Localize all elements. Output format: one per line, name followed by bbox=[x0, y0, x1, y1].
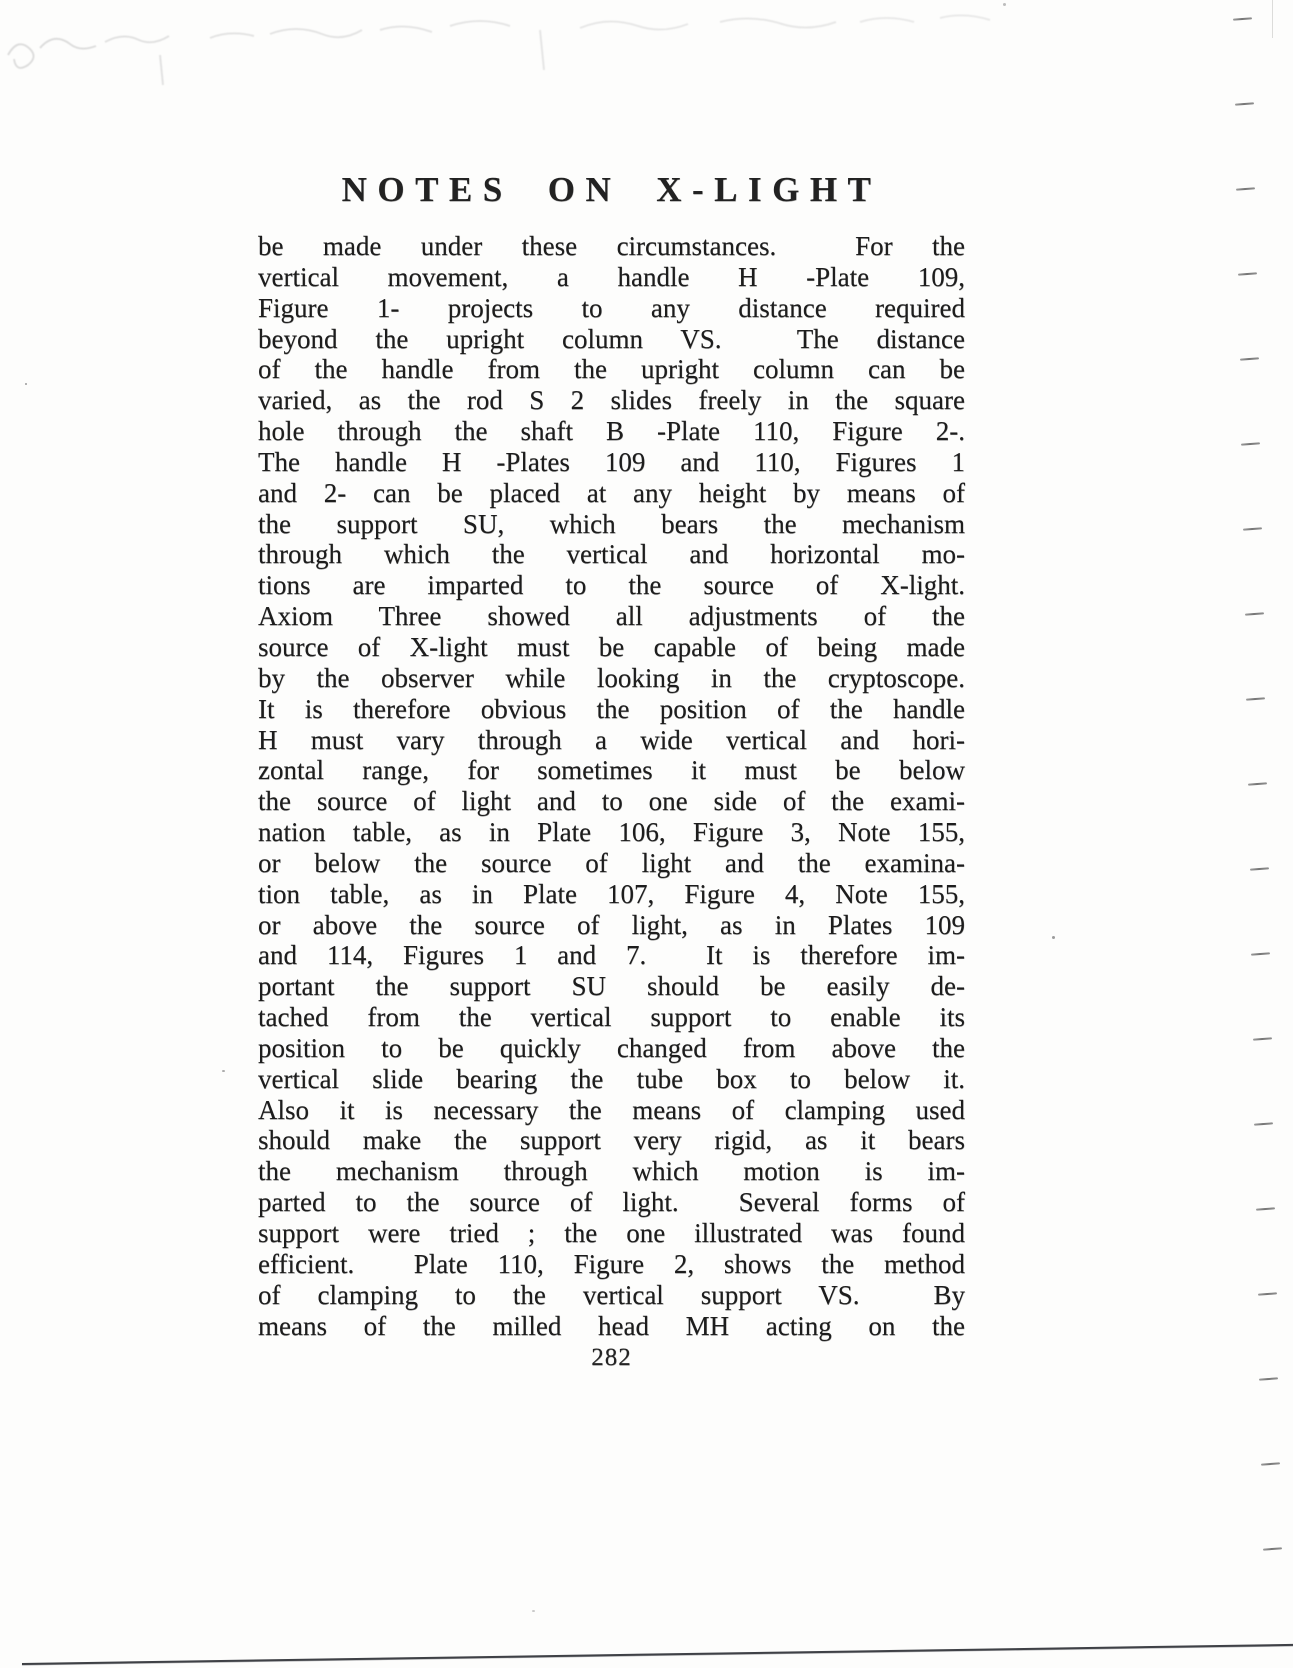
text-line: be made under these circumstances. For t… bbox=[258, 231, 965, 262]
scan-speck bbox=[1052, 936, 1055, 939]
margin-dash bbox=[1243, 527, 1262, 530]
scan-speck bbox=[1003, 3, 1006, 6]
text-line: tached from the vertical support to enab… bbox=[258, 1002, 965, 1033]
text-line: or below the source of light and the exa… bbox=[258, 848, 965, 879]
margin-dash bbox=[1241, 442, 1260, 445]
text-line: should make the support very rigid, as i… bbox=[258, 1125, 965, 1156]
margin-dash bbox=[1258, 1292, 1277, 1295]
margin-dash bbox=[1249, 867, 1268, 870]
text-line: zontal range, for sometimes it must be b… bbox=[258, 755, 965, 786]
body-text: be made under these circumstances. For t… bbox=[258, 231, 965, 1341]
text-line: Axiom Three showed all adjustments of th… bbox=[258, 601, 965, 632]
text-line: tion table, as in Plate 107, Figure 4, N… bbox=[258, 879, 965, 910]
text-line: of the handle from the upright column ca… bbox=[258, 354, 965, 385]
text-line: beyond the upright column VS. The distan… bbox=[258, 324, 965, 355]
scan-speck bbox=[532, 1610, 535, 1612]
margin-dash bbox=[1261, 1462, 1280, 1465]
text-line: by the observer while looking in the cry… bbox=[258, 663, 965, 694]
text-line: position to be quickly changed from abov… bbox=[258, 1033, 965, 1064]
margin-dash bbox=[1253, 1037, 1272, 1040]
text-line: through which the vertical and horizonta… bbox=[258, 539, 965, 570]
text-line: efficient. Plate 110, Figure 2, shows th… bbox=[258, 1249, 965, 1280]
text-line: vertical slide bearing the tube box to b… bbox=[258, 1064, 965, 1095]
book-page: NOTES ON X-LIGHT be made under these cir… bbox=[0, 0, 1293, 1668]
text-line: H must vary through a wide vertical and … bbox=[258, 725, 965, 756]
page-edge-vertical bbox=[1272, 0, 1273, 38]
text-line: The handle H -Plates 109 and 110, Figure… bbox=[258, 447, 965, 478]
text-line: tions are imparted to the source of X-li… bbox=[258, 570, 965, 601]
text-line: Figure 1- projects to any distance requi… bbox=[258, 293, 965, 324]
text-line: vertical movement, a handle H -Plate 109… bbox=[258, 262, 965, 293]
text-line: or above the source of light, as in Plat… bbox=[258, 910, 965, 941]
margin-dash bbox=[1263, 1547, 1282, 1550]
scan-speck bbox=[25, 383, 27, 385]
margin-dash bbox=[1259, 1377, 1278, 1380]
margin-dash bbox=[1235, 102, 1254, 105]
text-line: the source of light and to one side of t… bbox=[258, 786, 965, 817]
scan-speck bbox=[222, 1070, 225, 1072]
text-line: It is therefore obvious the position of … bbox=[258, 694, 965, 725]
text-line: means of the milled head MH acting on th… bbox=[258, 1311, 965, 1342]
text-line: support were tried ; the one illustrated… bbox=[258, 1218, 965, 1249]
text-line: Also it is necessary the means of clampi… bbox=[258, 1095, 965, 1126]
text-line: varied, as the rod S 2 slides freely in … bbox=[258, 385, 965, 416]
text-line: portant the support SU should be easily … bbox=[258, 971, 965, 1002]
text-line: hole through the shaft B -Plate 110, Fig… bbox=[258, 416, 965, 447]
text-line: source of X-light must be capable of bei… bbox=[258, 632, 965, 663]
page-title: NOTES ON X-LIGHT bbox=[258, 170, 965, 210]
text-line: nation table, as in Plate 106, Figure 3,… bbox=[258, 817, 965, 848]
margin-dash bbox=[1240, 357, 1259, 360]
scan-ghost-marks bbox=[0, 0, 1200, 110]
margin-dash bbox=[1236, 187, 1255, 190]
page-edge-line bbox=[22, 1644, 1293, 1665]
text-line: and 114, Figures 1 and 7. It is therefor… bbox=[258, 940, 965, 971]
margin-dash bbox=[1256, 1207, 1275, 1210]
margin-dash bbox=[1238, 272, 1257, 275]
text-line: the mechanism through which motion is im… bbox=[258, 1156, 965, 1187]
margin-dash bbox=[1254, 1122, 1273, 1125]
page-number: 282 bbox=[258, 1344, 965, 1372]
text-line: and 2- can be placed at any height by me… bbox=[258, 478, 965, 509]
margin-dash bbox=[1245, 612, 1264, 615]
margin-dash bbox=[1246, 697, 1265, 700]
text-line: of clamping to the vertical support VS. … bbox=[258, 1280, 965, 1311]
text-line: the support SU, which bears the mechanis… bbox=[258, 509, 965, 540]
margin-dash bbox=[1248, 782, 1267, 785]
margin-dash bbox=[1251, 952, 1270, 955]
margin-dash bbox=[1233, 17, 1252, 20]
text-line: parted to the source of light. Several f… bbox=[258, 1187, 965, 1218]
